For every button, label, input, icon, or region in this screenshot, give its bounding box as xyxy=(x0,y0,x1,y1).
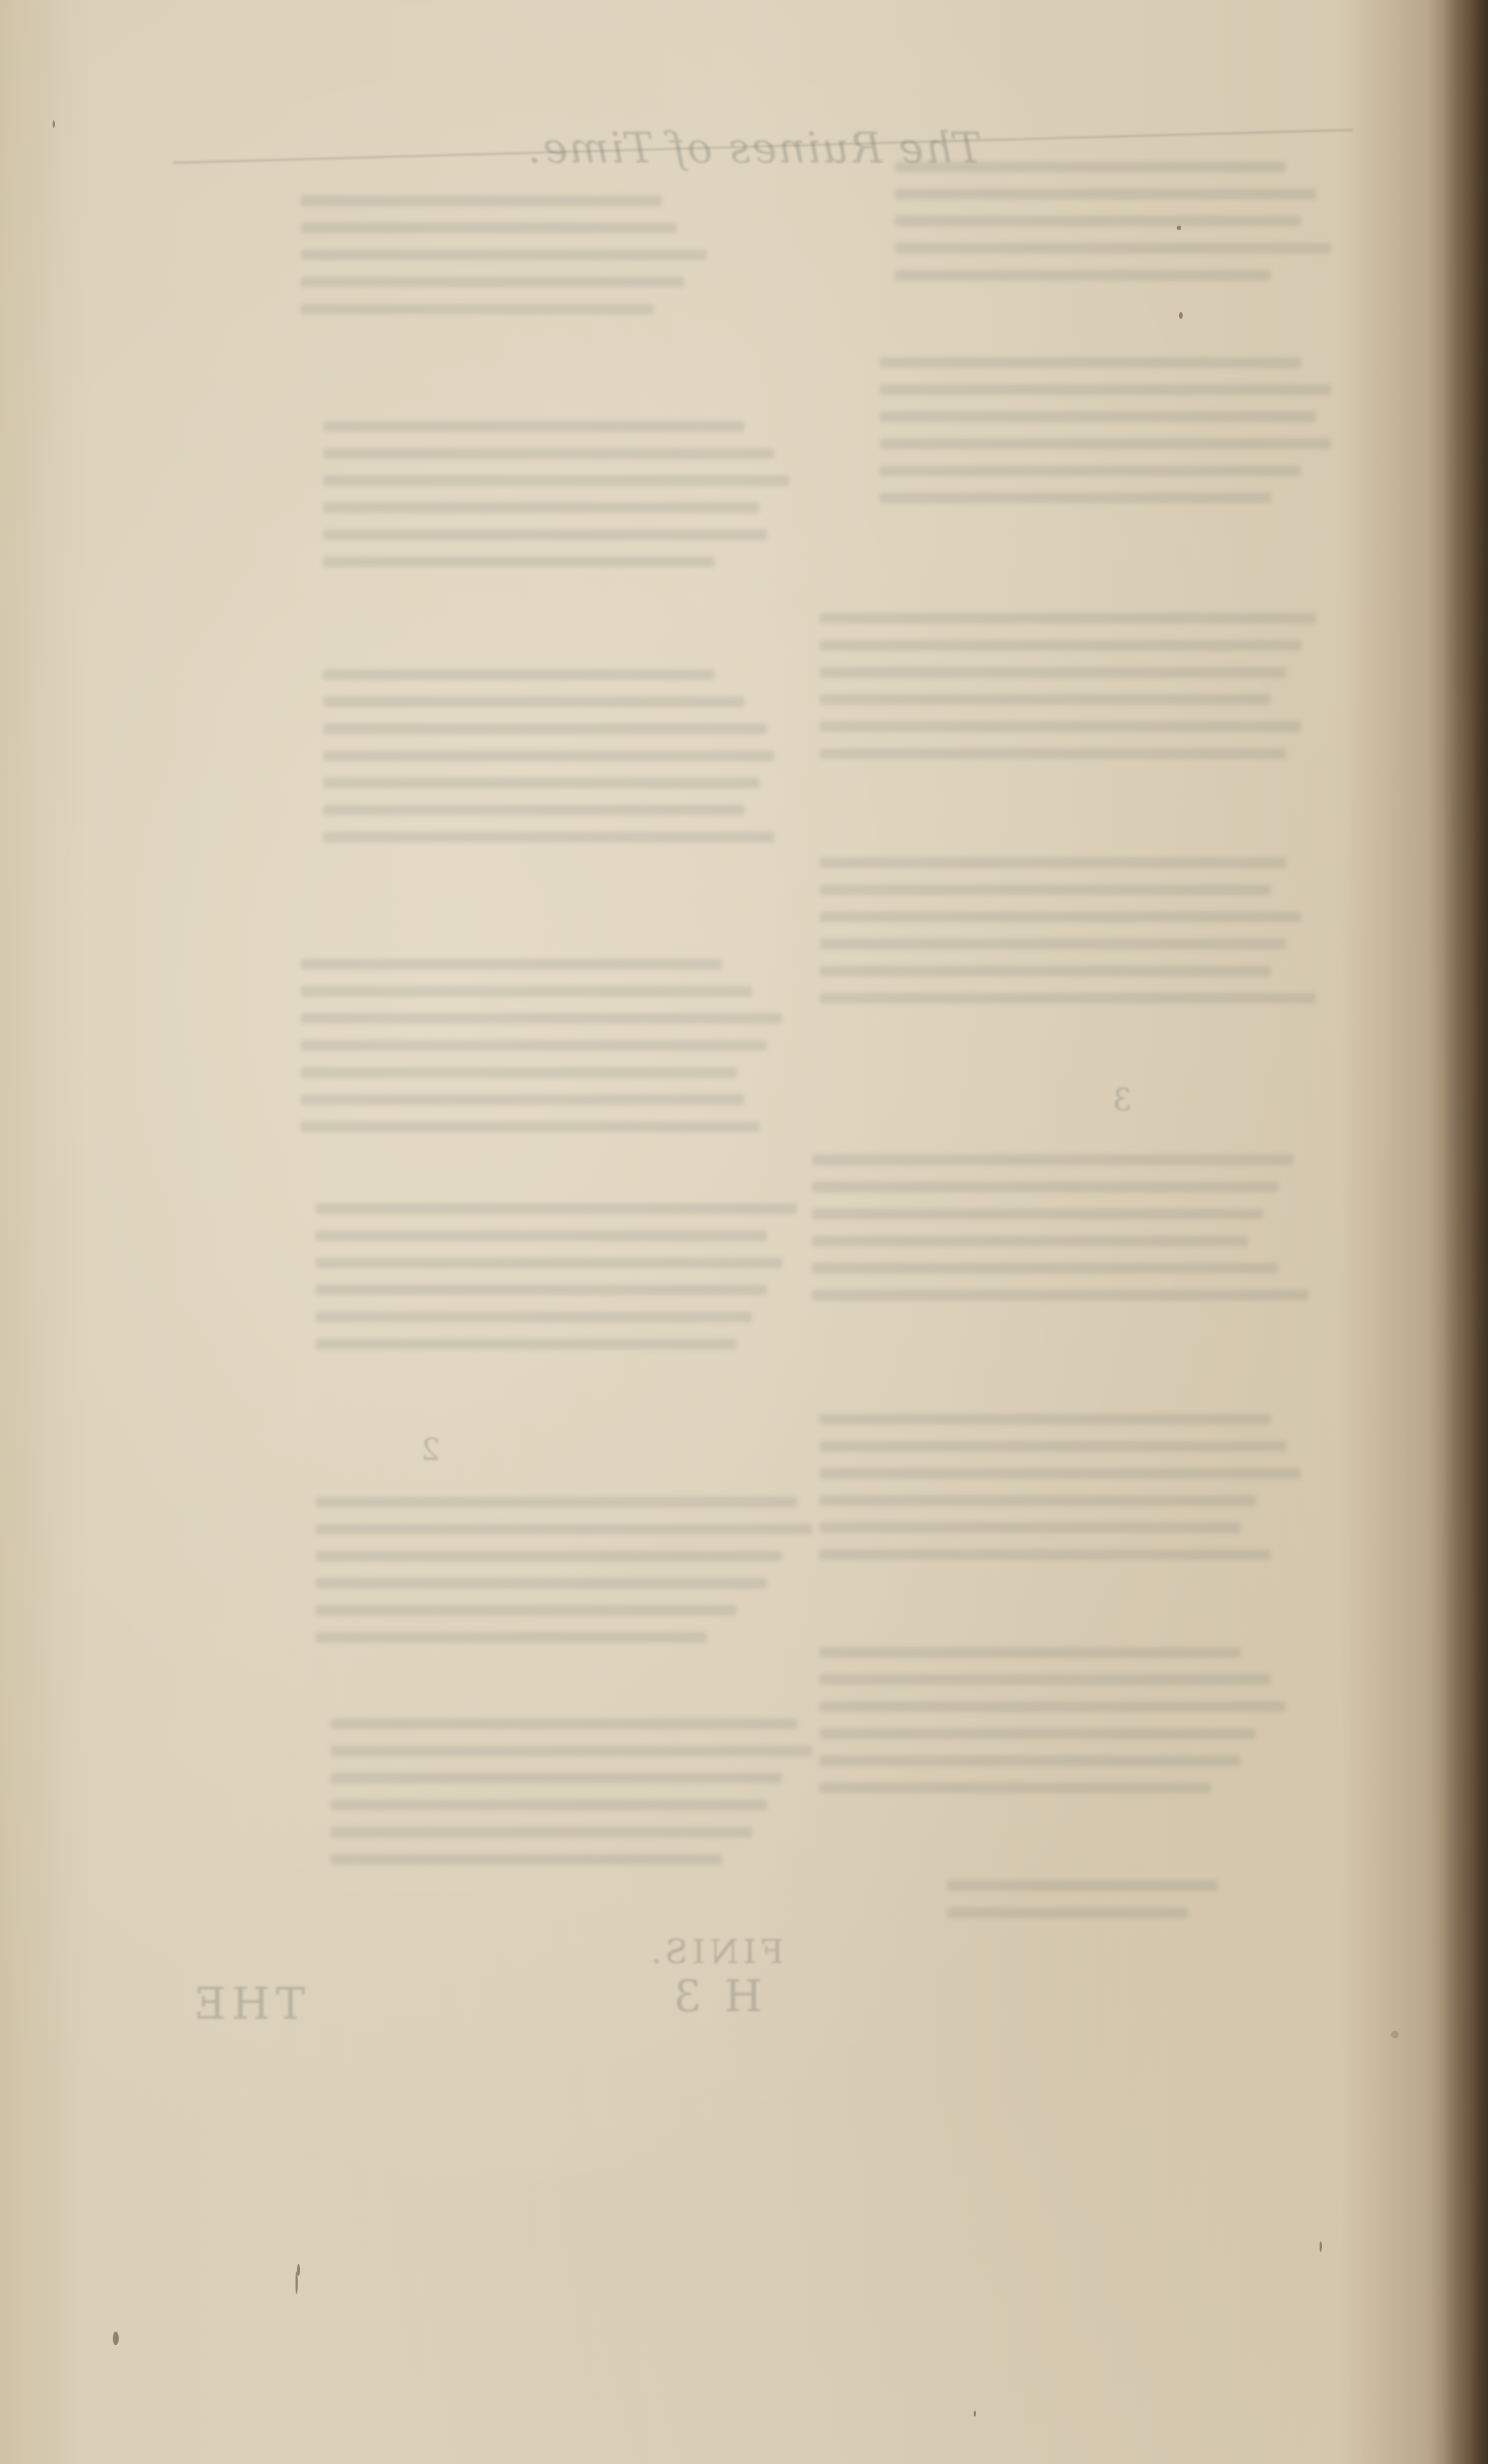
right-column-block-2 xyxy=(880,357,1331,503)
left-column-block-6 xyxy=(316,1497,812,1643)
paper-speck xyxy=(295,2271,298,2294)
left-column-block-2 xyxy=(323,421,789,567)
signature-mark-show-through: H 3 xyxy=(669,1971,762,2022)
catchword-show-through: THE xyxy=(188,1978,305,2029)
left-column-block-3 xyxy=(323,669,774,842)
left-column-block-4 xyxy=(301,959,782,1132)
left-column-block-7 xyxy=(331,1719,812,1865)
right-column-block-3 xyxy=(820,613,1316,759)
right-column-block-6 xyxy=(820,1414,1301,1560)
binding-gutter-shadow xyxy=(1443,0,1488,2464)
finis-show-through: FINIS. xyxy=(647,1933,783,1971)
paper-speck xyxy=(1320,2241,1322,2252)
right-column-block-1 xyxy=(895,162,1331,281)
right-column-block-8 xyxy=(947,1880,1218,1918)
paper-speck xyxy=(297,2264,300,2276)
paper-speck xyxy=(974,2411,976,2417)
paper-speck xyxy=(1177,226,1181,230)
book-page: The Ruines of Time. xyxy=(0,0,1488,2464)
paper-speck xyxy=(113,2332,119,2345)
paper-speck xyxy=(53,120,55,128)
paper-speck xyxy=(1179,312,1183,319)
paper-speck xyxy=(1391,2031,1399,2038)
right-column-block-4 xyxy=(820,857,1316,1003)
section-mark-left: 2 xyxy=(421,1433,440,1467)
left-column-block-5 xyxy=(316,1203,797,1349)
right-column-block-7 xyxy=(820,1647,1286,1793)
right-column-block-5 xyxy=(812,1155,1308,1300)
left-column-block-1 xyxy=(301,196,707,314)
section-mark-right: 3 xyxy=(1113,1083,1132,1118)
